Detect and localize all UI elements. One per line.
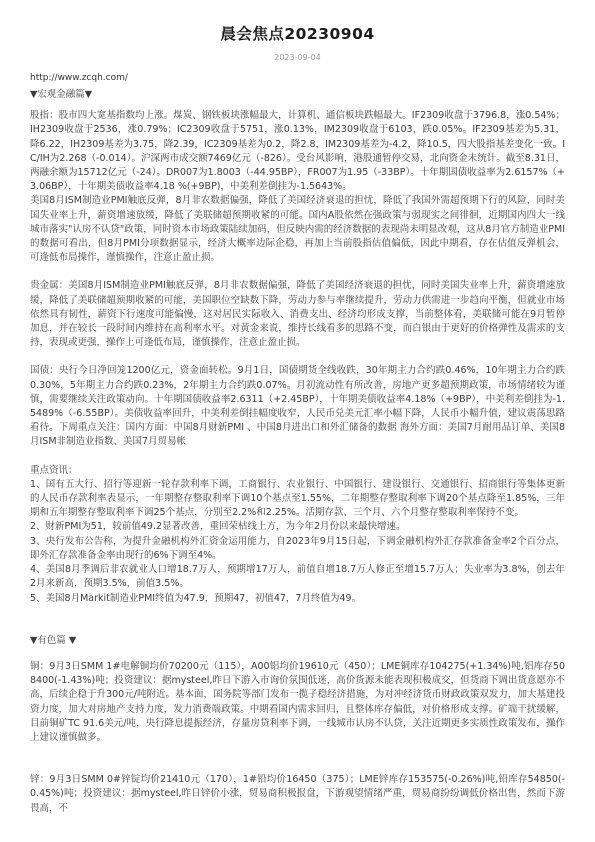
morning-briefing-document: 晨会焦点20230904 2023-09-04 http://www.zcqh.… xyxy=(0,0,595,842)
page-title: 晨会焦点20230904 xyxy=(30,22,565,44)
paragraph-bonds: 国债：央行今日净回笼1200亿元，资金面转松。9月1日，国债期货全线收跌，30年… xyxy=(30,364,565,449)
key-news-item-4: 4、美国8月季调后非农就业人口增18.7万人，预期增17万人，前值自增18.7万… xyxy=(30,563,565,591)
key-news-item-3: 3、央行发布公告称，为提升金融机构外汇资金运用能力，自2023年9月15日起，下… xyxy=(30,535,565,563)
document-url-link[interactable]: http://www.zcqh.com/ xyxy=(30,73,128,83)
paragraph-zinc: 锌：9月3日SMM 0#锌锭均价21410元（170），1#铅均价16450（3… xyxy=(30,773,565,816)
key-news-item-5: 5、美国8月Markit制造业PMI终值为47.9，预期47，初值47，7月终值… xyxy=(30,592,565,606)
paragraph-copper: 铜：9月3日SMM 1#电解铜均价70200元（115），A00铝均价19610… xyxy=(30,660,565,745)
section-header-nonferrous: ▼有色篇 ▼ xyxy=(30,634,565,648)
key-news-item-2: 2、财新PMI为51，较前值49.2显著改善，重回荣枯线上方，为今年2月份以来最… xyxy=(30,520,565,534)
section-header-macro-finance: ▼宏观金融篇▼ xyxy=(30,88,565,102)
paragraph-stock-index: 股指：股市四大宽基指数均上涨。煤炭、钢铁板块涨幅最大，计算机、通信板块跌幅最大。… xyxy=(30,109,565,194)
paragraph-precious-metals: 贵金属：美国8月ISM制造业PMI触底反弹，8月非农数据偏强，降低了美国经济衰退… xyxy=(30,279,565,350)
key-news-item-1: 1、国有五大行、招行等迎新一轮存款利率下调，工商银行、农业银行、中国银行、建设银… xyxy=(30,478,565,521)
section-nonferrous: ▼有色篇 ▼ 铜：9月3日SMM 1#电解铜均价70200元（115），A00铝… xyxy=(30,634,565,816)
key-news-list: 1、国有五大行、招行等迎新一轮存款利率下调，工商银行、农业银行、中国银行、建设银… xyxy=(30,478,565,606)
paragraph-stock-index-outlook: 美国8月ISM制造业PMI触底反弹，8月非农数据偏强，降低了美国经济衰退的担忧，… xyxy=(30,194,565,265)
document-date: 2023-09-04 xyxy=(30,53,565,62)
section-macro-finance: ▼宏观金融篇▼ 股指：股市四大宽基指数均上涨。煤炭、钢铁板块涨幅最大，计算机、通… xyxy=(30,88,565,606)
key-news-label: 重点资讯： xyxy=(30,464,565,478)
